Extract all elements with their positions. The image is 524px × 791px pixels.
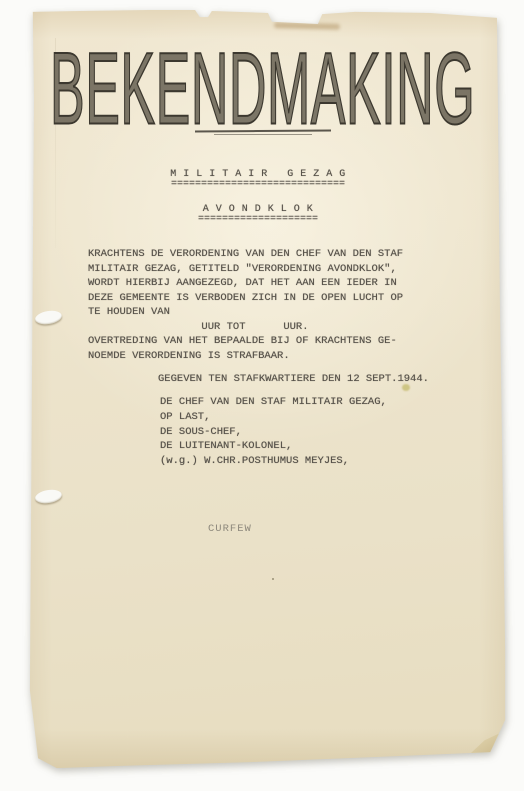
punch-hole-bottom [34, 488, 63, 505]
date-line: GEGEVEN TEN STAFKWARTIERE DEN 12 SEPT.19… [158, 372, 429, 386]
body-line-curfew-hours-blank: UUR TOT UUR. [88, 320, 403, 335]
document-paper: BEKENDMAKING M I L I T A I R G E Z A G =… [28, 8, 508, 772]
body-line: MILITAIR GEZAG, GETITELD "VERORDENING AV… [88, 262, 403, 277]
section-heading-avondklok: A V O N D K L O K ==================== [28, 204, 488, 223]
body-paragraph: KRACHTENS DE VERORDENING VAN DEN CHEF VA… [88, 247, 403, 363]
document-title-wrap: BEKENDMAKING [50, 38, 494, 122]
body-line: NOEMDE VERORDENING IS STRAFBAAR. [88, 349, 403, 364]
signature-line: DE LUITENANT-KOLONEL, [160, 439, 387, 454]
signature-line: OP LAST, [160, 410, 387, 425]
paper-speck [272, 578, 274, 580]
signature-line: DE SOUS-CHEF, [160, 425, 387, 440]
signature-line: DE CHEF VAN DEN STAF MILITAIR GEZAG, [160, 395, 387, 410]
signature-line: (w.g.) W.CHR.POSTHUMUS MEYJES, [160, 454, 387, 469]
heading-underline: ==================== [28, 216, 488, 223]
body-line: OVERTREDING VAN HET BEPAALDE BIJ OF KRAC… [88, 334, 403, 349]
body-line: TE HOUDEN VAN [88, 305, 403, 320]
heading-underline: ============================= [28, 181, 488, 188]
paper-shadow: BEKENDMAKING M I L I T A I R G E Z A G =… [28, 8, 508, 772]
body-line: WORDT HIERBIJ AANGEZEGD, DAT HET AAN EEN… [88, 276, 403, 291]
body-line: KRACHTENS DE VERORDENING VAN DEN CHEF VA… [88, 247, 403, 262]
scanned-document-photo: BEKENDMAKING M I L I T A I R G E Z A G =… [0, 0, 524, 791]
punch-hole-top [34, 309, 63, 326]
stain-spot [402, 384, 410, 391]
corner-curl-bottom-right [456, 727, 508, 765]
section-heading-militair-gezag: M I L I T A I R G E Z A G ==============… [28, 169, 488, 188]
document-title: BEKENDMAKING [50, 38, 475, 140]
paper-tear-stain [274, 22, 340, 30]
curfew-annotation: CURFEW [208, 523, 252, 536]
title-underline-secondary [214, 134, 312, 135]
body-line: DEZE GEMEENTE IS VERBODEN ZICH IN DE OPE… [88, 291, 403, 306]
signature-block: DE CHEF VAN DEN STAF MILITAIR GEZAG, OP … [160, 395, 387, 469]
